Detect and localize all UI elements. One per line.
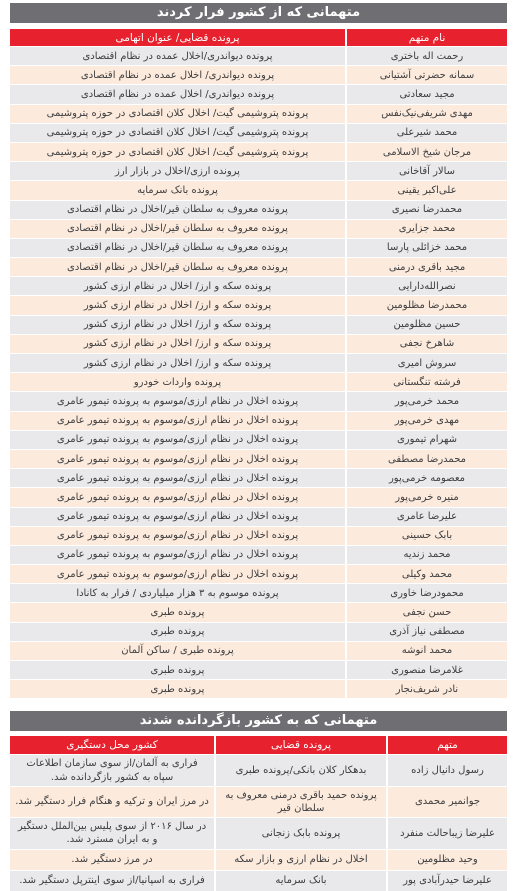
table-row: سالار آقاخانی پرونده ارزی/اخلال در بازار…: [10, 162, 507, 180]
defendant-name-cell: معصومه خرمی‌پور: [347, 469, 507, 487]
arrest-country-cell: در مرز دستگیر شد.: [10, 850, 214, 870]
returned-header-country: کشور محل دستگیری: [10, 736, 214, 754]
table-row: علیرضا عامری پرونده اخلال در نظام ارزی/م…: [10, 508, 507, 526]
case-title-cell: پرونده اخلال در نظام ارزی/موسوم به پروند…: [10, 546, 345, 564]
defendant-name-cell: علیرضا زیباحالت منفرد: [388, 818, 507, 848]
arrest-country-cell: فراری به آلمان/از سوی سازمان اطلاعات سپا…: [10, 755, 214, 785]
defendant-name-cell: رحمت اله باختری: [347, 47, 507, 65]
table-row: محمدرضا مظلومین پرونده سکه و ارز/ اخلال …: [10, 296, 507, 314]
case-title-cell: پرونده اخلال در نظام ارزی/موسوم به پروند…: [10, 565, 345, 583]
defendant-name-cell: محمد جزایری: [347, 220, 507, 238]
table-row: سروش امیری پرونده سکه و ارز/ اخلال در نظ…: [10, 354, 507, 372]
returned-table-title: متهمانی که به کشور بازگردانده شدند: [10, 711, 507, 731]
case-title-cell: پرونده بابک زنجانی: [216, 818, 386, 848]
case-title-cell: پرونده سکه و ارز/ اخلال در نظام ارزی کشو…: [10, 277, 345, 295]
table-row: شهرام تیموری پرونده اخلال در نظام ارزی/م…: [10, 431, 507, 449]
case-title-cell: پرونده اخلال در نظام ارزی/موسوم به پروند…: [10, 392, 345, 410]
table-row: شاهرخ نجفی پرونده سکه و ارز/ اخلال در نظ…: [10, 335, 507, 353]
table-row: محمد خزائلی پارسا پرونده معروف به سلطان …: [10, 239, 507, 257]
case-title-cell: پرونده اخلال در نظام ارزی/موسوم به پروند…: [10, 431, 345, 449]
defendant-name-cell: حسین مظلومین: [347, 316, 507, 334]
defendant-name-cell: سمانه حضرتی آشتیانی: [347, 66, 507, 84]
table-row: علیرضا حیدرآبادی پور بانک سرمایه فراری ب…: [10, 871, 507, 891]
case-title-cell: پرونده طبری: [10, 603, 345, 621]
defendant-name-cell: مهدی خرمی‌پور: [347, 412, 507, 430]
case-title-cell: پرونده دیواندری/اخلال عمده در نظام اقتصا…: [10, 47, 345, 65]
page: متهمانی که از کشور فرار کردند نام متهم پ…: [0, 0, 517, 891]
case-title-cell: پرونده دیواندری/ اخلال عمده در نظام اقتص…: [10, 66, 345, 84]
table-row: محمدرضا مصطفی پرونده اخلال در نظام ارزی/…: [10, 450, 507, 468]
case-title-cell: پرونده طبری: [10, 661, 345, 679]
fled-table-header-row: نام متهم پرونده قضایی/ عنوان اتهامی: [10, 29, 507, 46]
defendant-name-cell: نصرالله‌دارایی: [347, 277, 507, 295]
fled-header-name: نام متهم: [347, 29, 507, 46]
case-title-cell: پرونده معروف به سلطان قیر/اخلال در نظام …: [10, 239, 345, 257]
defendant-name-cell: بابک حسینی: [347, 527, 507, 545]
case-title-cell: پرونده دیواندری/ اخلال عمده در نظام اقتص…: [10, 85, 345, 103]
table-row: محمد وکیلی پرونده اخلال در نظام ارزی/موس…: [10, 565, 507, 583]
defendant-name-cell: محمدرضا مظلومین: [347, 296, 507, 314]
case-title-cell: پرونده اخلال در نظام ارزی/موسوم به پروند…: [10, 527, 345, 545]
fled-header-case: پرونده قضایی/ عنوان اتهامی: [10, 29, 345, 46]
case-title-cell: پرونده اخلال در نظام ارزی/موسوم به پروند…: [10, 412, 345, 430]
defendant-name-cell: مجید سعادتی: [347, 85, 507, 103]
table-row: فرشته تنگستانی پرونده واردات خودرو: [10, 373, 507, 391]
case-title-cell: بانک سرمایه: [216, 871, 386, 891]
case-title-cell: پرونده معروف به سلطان قیر/اخلال در نظام …: [10, 258, 345, 276]
table-row: مرجان شیخ الاسلامی پرونده پتروشیمی گیت/ …: [10, 143, 507, 161]
defendant-name-cell: محمد خزائلی پارسا: [347, 239, 507, 257]
table-row: رسول دانیال زاده بدهکار کلان بانکی/پروند…: [10, 755, 507, 785]
returned-table-rows: رسول دانیال زاده بدهکار کلان بانکی/پروند…: [10, 755, 507, 890]
defendant-name-cell: محمد زندیه: [347, 546, 507, 564]
defendant-name-cell: سالار آقاخانی: [347, 162, 507, 180]
defendant-name-cell: مرجان شیخ الاسلامی: [347, 143, 507, 161]
defendant-name-cell: شاهرخ نجفی: [347, 335, 507, 353]
case-title-cell: پرونده اخلال در نظام ارزی/موسوم به پروند…: [10, 508, 345, 526]
fled-table-rows: رحمت اله باختری پرونده دیواندری/اخلال عم…: [10, 47, 507, 698]
table-row: علیرضا زیباحالت منفرد پرونده بابک زنجانی…: [10, 818, 507, 848]
case-title-cell: پرونده سکه و ارز/ اخلال در نظام ارزی کشو…: [10, 354, 345, 372]
table-row: حسن نجفی پرونده طبری: [10, 603, 507, 621]
defendant-name-cell: جوانمیر محمدی: [388, 787, 507, 817]
case-title-cell: پرونده طبری: [10, 680, 345, 698]
defendant-name-cell: محمودرضا خاوری: [347, 584, 507, 602]
case-title-cell: بدهکار کلان بانکی/پرونده طبری: [216, 755, 386, 785]
defendant-name-cell: منیره خرمی‌پور: [347, 488, 507, 506]
table-row: علی‌اکبر یقینی پرونده بانک سرمایه: [10, 181, 507, 199]
table-row: بابک حسینی پرونده اخلال در نظام ارزی/موس…: [10, 527, 507, 545]
case-title-cell: پرونده اخلال در نظام ارزی/موسوم به پروند…: [10, 469, 345, 487]
table-row: مصطفی نیاز آذری پرونده طبری: [10, 623, 507, 641]
table-row: محمد زندیه پرونده اخلال در نظام ارزی/موس…: [10, 546, 507, 564]
defendant-name-cell: فرشته تنگستانی: [347, 373, 507, 391]
table-row: محمد شیرعلی پرونده پتروشیمی گیت/ اخلال ک…: [10, 124, 507, 142]
table-row: جوانمیر محمدی پرونده حمید باقری درمنی مع…: [10, 787, 507, 817]
case-title-cell: پرونده بانک سرمایه: [10, 181, 345, 199]
table-row: غلامرضا منصوری پرونده طبری: [10, 661, 507, 679]
table-row: نادر شریف‌نجار پرونده طبری: [10, 680, 507, 698]
defendant-name-cell: غلامرضا منصوری: [347, 661, 507, 679]
returned-table-header-row: متهم پرونده قضایی کشور محل دستگیری: [10, 736, 507, 754]
table-row: سمانه حضرتی آشتیانی پرونده دیواندری/ اخل…: [10, 66, 507, 84]
defendant-name-cell: محمد انوشه: [347, 642, 507, 660]
defendant-name-cell: علیرضا عامری: [347, 508, 507, 526]
defendant-name-cell: علی‌اکبر یقینی: [347, 181, 507, 199]
case-title-cell: پرونده اخلال در نظام ارزی/موسوم به پروند…: [10, 450, 345, 468]
defendant-name-cell: رسول دانیال زاده: [388, 755, 507, 785]
defendant-name-cell: سروش امیری: [347, 354, 507, 372]
table-row: منیره خرمی‌پور پرونده اخلال در نظام ارزی…: [10, 488, 507, 506]
defendant-name-cell: محمد خرمی‌پور: [347, 392, 507, 410]
table-row: معصومه خرمی‌پور پرونده اخلال در نظام ارز…: [10, 469, 507, 487]
table-row: مجید سعادتی پرونده دیواندری/ اخلال عمده …: [10, 85, 507, 103]
table-row: محمدرضا نصیری پرونده معروف به سلطان قیر/…: [10, 201, 507, 219]
table-row: مهدی شریفی‌نیک‌نفس پرونده پتروشیمی گیت/ …: [10, 105, 507, 123]
defendant-name-cell: مهدی شریفی‌نیک‌نفس: [347, 105, 507, 123]
table-row: نصرالله‌دارایی پرونده سکه و ارز/ اخلال د…: [10, 277, 507, 295]
infographic-page: { "colors": { "title_bar_gray": "#6f6f73…: [0, 0, 517, 891]
case-title-cell: پرونده سکه و ارز/ اخلال در نظام ارزی کشو…: [10, 316, 345, 334]
case-title-cell: پرونده اخلال در نظام ارزی/موسوم به پروند…: [10, 488, 345, 506]
defendant-name-cell: وحید مظلومین: [388, 850, 507, 870]
case-title-cell: پرونده واردات خودرو: [10, 373, 345, 391]
defendant-name-cell: نادر شریف‌نجار: [347, 680, 507, 698]
arrest-country-cell: در سال ۲۰۱۶ از سوی پلیس بین‌الملل دستگیر…: [10, 818, 214, 848]
defendant-name-cell: محمدرضا مصطفی: [347, 450, 507, 468]
table-row: محمد خرمی‌پور پرونده اخلال در نظام ارزی/…: [10, 392, 507, 410]
defendant-name-cell: حسن نجفی: [347, 603, 507, 621]
arrest-country-cell: فراری به اسپانیا/از سوی اینترپل دستگیر ش…: [10, 871, 214, 891]
case-title-cell: پرونده طبری: [10, 623, 345, 641]
case-title-cell: پرونده پتروشیمی گیت/ اخلال کلان اقتصادی …: [10, 124, 345, 142]
table-row: حسین مظلومین پرونده سکه و ارز/ اخلال در …: [10, 316, 507, 334]
case-title-cell: پرونده حمید باقری درمنی معروف به سلطان ق…: [216, 787, 386, 817]
case-title-cell: پرونده سکه و ارز/ اخلال در نظام ارزی کشو…: [10, 296, 345, 314]
case-title-cell: پرونده طبری / ساکن آلمان: [10, 642, 345, 660]
table-row: محمد جزایری پرونده معروف به سلطان قیر/اخ…: [10, 220, 507, 238]
fled-defendants-table: متهمانی که از کشور فرار کردند نام متهم پ…: [10, 3, 507, 698]
case-title-cell: پرونده ارزی/اخلال در بازار ارز: [10, 162, 345, 180]
defendant-name-cell: محمدرضا نصیری: [347, 201, 507, 219]
returned-defendants-table: متهمانی که به کشور بازگردانده شدند متهم …: [10, 711, 507, 890]
case-title-cell: پرونده موسوم به ۳ هزار میلیاردی / فرار ب…: [10, 584, 345, 602]
table-row: محمد انوشه پرونده طبری / ساکن آلمان: [10, 642, 507, 660]
returned-header-case: پرونده قضایی: [216, 736, 386, 754]
case-title-cell: پرونده سکه و ارز/ اخلال در نظام ارزی کشو…: [10, 335, 345, 353]
defendant-name-cell: علیرضا حیدرآبادی پور: [388, 871, 507, 891]
table-row: مهدی خرمی‌پور پرونده اخلال در نظام ارزی/…: [10, 412, 507, 430]
table-row: وحید مظلومین اخلال در نظام ارزی و بازار …: [10, 850, 507, 870]
case-title-cell: پرونده معروف به سلطان قیر/اخلال در نظام …: [10, 220, 345, 238]
table-row: مجید باقری درمنی پرونده معروف به سلطان ق…: [10, 258, 507, 276]
table-row: رحمت اله باختری پرونده دیواندری/اخلال عم…: [10, 47, 507, 65]
fled-table-title: متهمانی که از کشور فرار کردند: [10, 3, 507, 23]
case-title-cell: پرونده پتروشیمی گیت/ اخلال کلان اقتصادی …: [10, 105, 345, 123]
case-title-cell: پرونده پتروشیمی گیت/ اخلال کلان اقتصادی …: [10, 143, 345, 161]
defendant-name-cell: شهرام تیموری: [347, 431, 507, 449]
case-title-cell: اخلال در نظام ارزی و بازار سکه: [216, 850, 386, 870]
defendant-name-cell: محمد وکیلی: [347, 565, 507, 583]
table-row: محمودرضا خاوری پرونده موسوم به ۳ هزار می…: [10, 584, 507, 602]
returned-header-name: متهم: [388, 736, 507, 754]
arrest-country-cell: در مرز ایران و ترکیه و هنگام فرار دستگیر…: [10, 787, 214, 817]
defendant-name-cell: محمد شیرعلی: [347, 124, 507, 142]
defendant-name-cell: مجید باقری درمنی: [347, 258, 507, 276]
defendant-name-cell: مصطفی نیاز آذری: [347, 623, 507, 641]
case-title-cell: پرونده معروف به سلطان قیر/اخلال در نظام …: [10, 201, 345, 219]
